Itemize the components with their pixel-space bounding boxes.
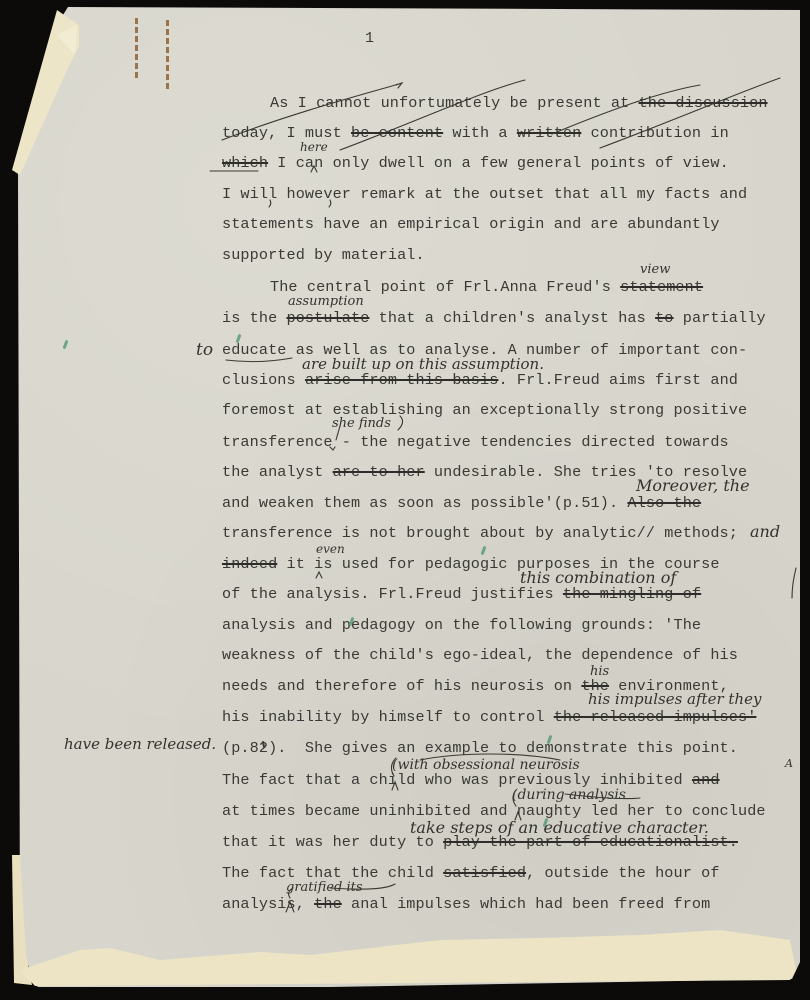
typed-line-8: is the postulate that a children's analy… — [222, 309, 766, 327]
struck-text: the — [314, 895, 342, 913]
text: and weaken them as soon as possible'(p.5… — [222, 494, 627, 512]
handwritten-this-combination: this combination of — [520, 568, 676, 587]
struck-text: postulate — [287, 309, 370, 327]
typed-line-14: and weaken them as soon as possible'(p.5… — [222, 494, 701, 512]
text: . Frl.Freud aims first and — [498, 371, 738, 389]
handwritten-with-obsessional-neurosis: (with obsessional neurosis — [392, 757, 580, 773]
text: analysis, — [222, 895, 314, 913]
struck-text: which — [222, 154, 268, 172]
text: , outside the hour of — [526, 864, 720, 882]
struck-text: and — [692, 771, 720, 789]
text: his inability by himself to control — [222, 708, 554, 726]
text: of the analysis. Frl.Freud justifies — [222, 585, 563, 603]
typed-line-3: which I can only dwell on a few general … — [222, 154, 729, 172]
typed-line-10: clusions arise from this basis. Frl.Freu… — [222, 371, 738, 389]
typed-line-11: foremost at establishing an exceptionall… — [222, 401, 747, 419]
struck-text: written — [517, 124, 582, 142]
text: today, I must — [222, 124, 351, 142]
handwritten-have-been-released: have been released. — [64, 735, 216, 753]
struck-text: Also the — [627, 494, 701, 512]
margin-mark-A: A — [785, 757, 793, 770]
handwritten-view: view — [640, 262, 670, 277]
handwritten-she-finds: she finds — [332, 416, 391, 431]
struck-text: be content — [351, 124, 443, 142]
handwritten-to-margin: to — [196, 340, 213, 360]
text: I can only dwell on a few general points… — [268, 154, 729, 172]
struck-text: satisfied — [443, 864, 526, 882]
text: As I cannot unfortumately be present at — [270, 94, 639, 112]
struck-text: the discussion — [639, 94, 768, 112]
typed-line-22: (p.82). She gives an example to demonstr… — [222, 739, 738, 757]
handwritten-take-steps: take steps of an educative character. — [410, 818, 709, 837]
text: with a — [443, 124, 517, 142]
typed-line-18: analysis and pedagogy on the following g… — [222, 616, 701, 634]
handwritten-moreover: Moreover, the — [636, 476, 750, 495]
handwritten-his-impulses: his impulses after they — [588, 690, 761, 708]
typed-line-27: analysis, the anal impulses which had be… — [222, 895, 710, 913]
text: is the — [222, 309, 287, 327]
typed-line-4: I will however remark at the outset that… — [222, 185, 747, 203]
handwritten-gratified-its: gratified its — [286, 880, 363, 895]
struck-text: statement — [620, 278, 703, 296]
typed-line-5: statements have an empirical origin and … — [222, 215, 720, 233]
handwritten-assumption: assumption — [288, 294, 364, 309]
text: the analyst — [222, 463, 333, 481]
struck-text: indeed — [222, 555, 277, 573]
handwritten-even: even — [316, 542, 345, 556]
typed-line-2: today, I must be content with a written … — [222, 124, 729, 142]
typed-line-12: transference - the negative tendencies d… — [222, 433, 729, 451]
struck-text: the mingling of — [563, 585, 701, 603]
staple-hole-mark — [166, 20, 169, 90]
text: that a children's analyst has — [369, 309, 655, 327]
handwritten-here: here — [300, 140, 328, 154]
page-number: 1 — [365, 30, 374, 47]
struck-text: arise from this basis — [305, 371, 499, 389]
text: needs and therefore of his neurosis on — [222, 677, 581, 695]
staple-hole-mark — [135, 18, 138, 78]
typed-line-21: his inability by himself to control the … — [222, 708, 756, 726]
handwritten-during-analysis: (during analysis — [512, 787, 626, 803]
typed-line-15: transference is not brought about by ana… — [222, 524, 738, 542]
typed-line-19: weakness of the child's ego-ideal, the d… — [222, 646, 738, 664]
text: clusions — [222, 371, 305, 389]
text: contribution in — [581, 124, 728, 142]
handwritten-are-built-up: are built up on this assumption. — [302, 355, 544, 373]
text: partially — [674, 309, 766, 327]
handwritten-his: his — [590, 664, 609, 679]
handwritten-and: and — [750, 522, 780, 541]
text: anal impulses which had been freed from — [342, 895, 711, 913]
typed-line-6: supported by material. — [222, 246, 425, 264]
struck-text: the released impulses' — [554, 708, 757, 726]
typed-line-17: of the analysis. Frl.Freud justifies the… — [222, 585, 701, 603]
struck-text: to — [655, 309, 673, 327]
typed-line-23: The fact that a child who was previously… — [222, 771, 720, 789]
typed-line-1: As I cannot unfortumately be present at … — [270, 94, 768, 112]
struck-text: are to her — [333, 463, 425, 481]
